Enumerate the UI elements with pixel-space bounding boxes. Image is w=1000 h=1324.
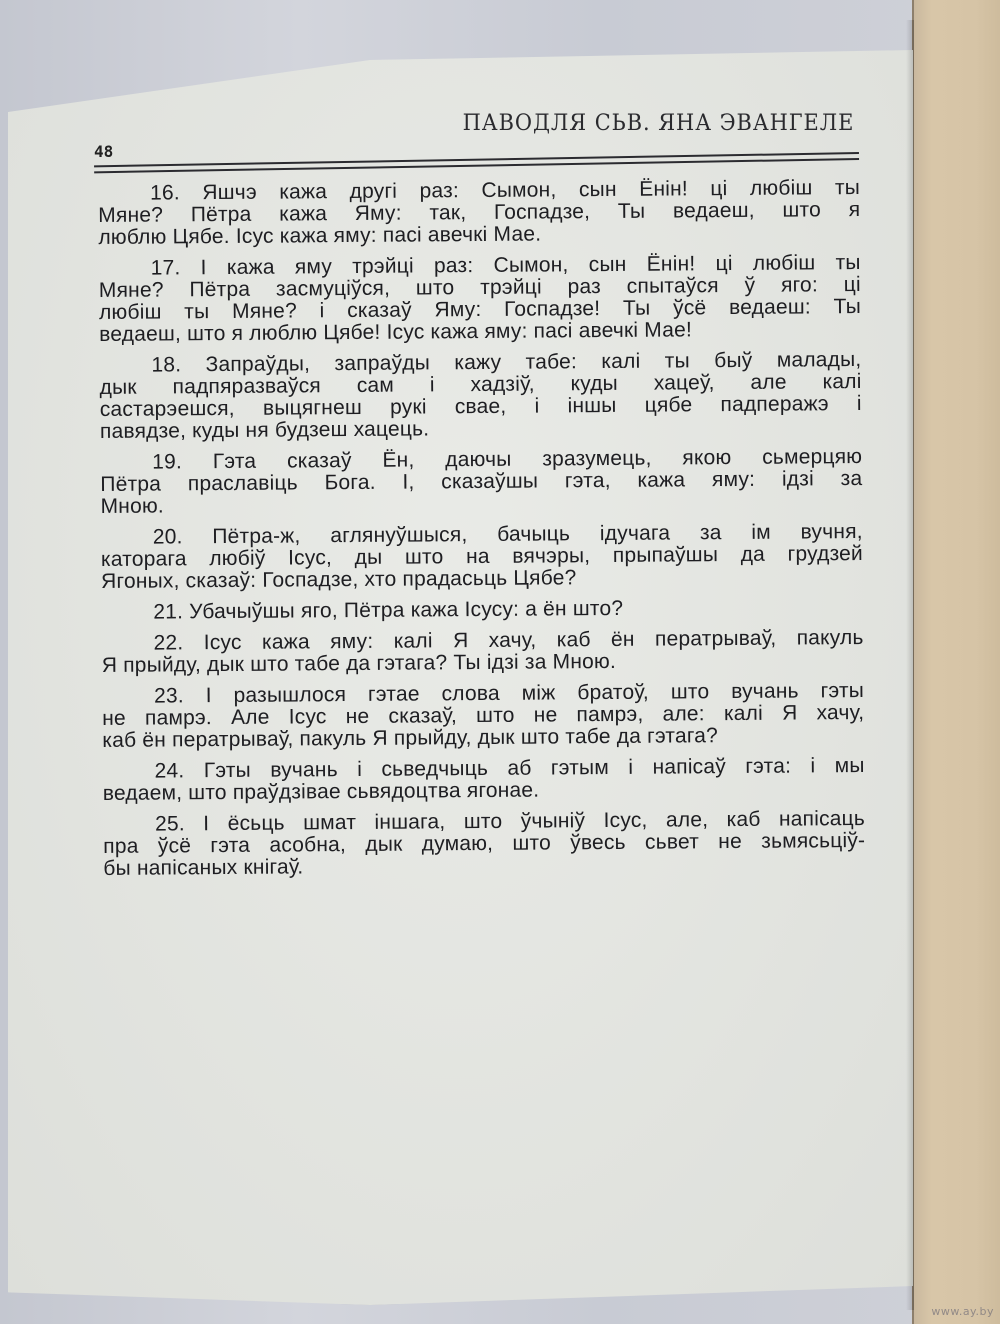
page-number: 48 [94,142,113,161]
body-text: 16. Яшчэ кажа другі раз: Сымон, сын Ёнін… [98,177,866,889]
verse-paragraph: 24. Гэты вучань і сьведчыць аб гэтым і н… [103,755,865,805]
verse-paragraph: 22. Ісус кажа яму: калі Я хачу, каб ён п… [102,627,864,677]
text-line: ведаеш, што я люблю Цябе! Ісус кажа яму:… [99,318,861,346]
text-line: 21. Убачыўшы яго, Пётра кажа Ісусу: а ён… [101,596,863,624]
text-line: ведаем, што праўдзівае сьвядоцтва ягонае… [103,777,865,805]
text-line: каб ён ператрываў, пакуль Я прыйду, дык … [102,724,864,752]
watermark: www.ay.by [931,1305,994,1318]
text-line: павядзе, куды ня будзеш хацець. [100,415,862,443]
verse-paragraph: 21. Убачыўшы яго, Пётра кажа Ісусу: а ён… [101,596,863,624]
text-line: Ягоных, сказаў: Госпадзе, хто прадасьць … [101,565,863,593]
running-head: ПАВОДЛЯ СЬВ. ЯНА ЭВАНГЕЛЕ [462,111,854,136]
text-line: Я прыйду, дык што табе да гэтага? Ты ідз… [102,649,864,677]
verse-paragraph: 16. Яшчэ кажа другі раз: Сымон, сын Ёнін… [98,177,860,249]
text-line: люблю Цябе. Ісус кажа яму: пасі авечкі М… [98,221,860,249]
book-cover-edge [912,0,1000,1324]
verse-paragraph: 23. І разышлося гэтае слова між братоў, … [102,680,864,752]
verse-paragraph: 25. І ёсьць шмат іншага, што ўчыніў Ісус… [103,808,865,880]
text-line: бы напісаных кнігаў. [103,852,865,880]
verse-paragraph: 19. Гэта сказаў Ён, даючы зразумець, яко… [100,446,862,518]
page-fold-shadow [906,20,914,1310]
verse-paragraph: 20. Пётра-ж, аглянуўшыся, бачыць ідучага… [101,521,863,593]
verse-paragraph: 17. І кажа яму трэйці раз: Сымон, сын Ён… [99,252,862,346]
verse-paragraph: 18. Запраўды, запраўды кажу табе: калі т… [99,349,862,443]
